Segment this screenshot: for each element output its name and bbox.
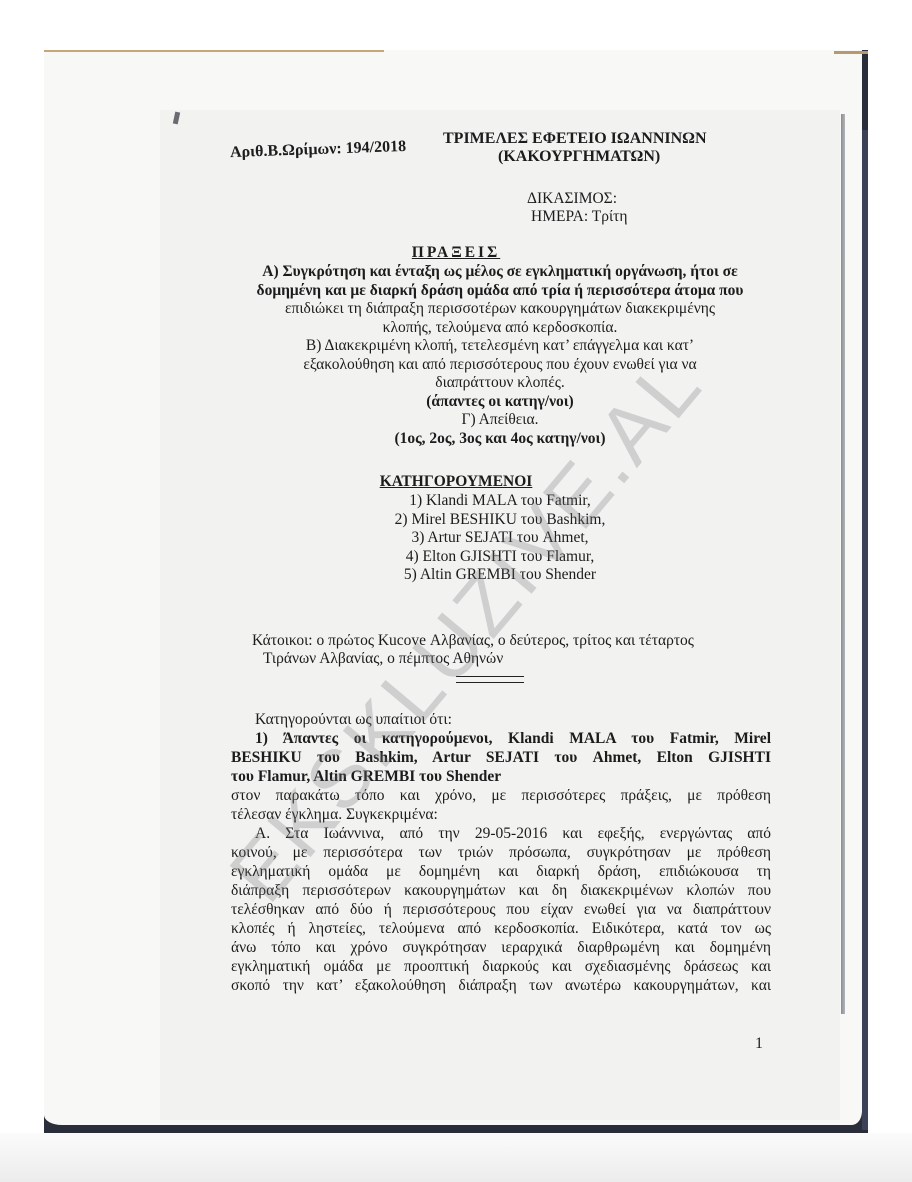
accused-item: 3) Artur SEJATI του Ahmet, — [300, 529, 700, 548]
document-page: Αριθ.Β.Ωρίμων: 194/2018 ΤΡΙΜΕΛΕΣ ΕΦΕΤΕΙΟ… — [0, 0, 912, 1182]
accused-item: 2) Mirel BESHIKU του Bashkim, — [300, 511, 700, 530]
charge-line: τελέσθηκαν από δύο ή περισσότερους που ε… — [231, 900, 771, 919]
accused-item: 1) Klandi MALA του Fatmir, — [300, 492, 700, 511]
court-subtitle: (ΚΑΚΟΥΡΓΗΜΑΤΩΝ) — [498, 148, 660, 166]
double-rule-divider — [456, 676, 524, 683]
charge-line: BESHIKU του Bashkim, Artur SEJATI του Ah… — [231, 748, 771, 767]
charge-line: στον παρακάτω τόπο και χρόνο, με περισσό… — [231, 786, 771, 805]
act-line: κλοπής, τελούμενα από κερδοσκοπία. — [220, 319, 780, 338]
accused-item: 5) Altin GREMBI του Shender — [300, 566, 700, 585]
staple-mark — [173, 112, 180, 125]
charge-line: κοινού, με περισσότερα των τριών πρόσωπα… — [231, 843, 771, 862]
charge-line: εγκληματική ομάδα με προοπτική διαρκούς … — [231, 957, 771, 976]
residence-line-1: Κάτοικοι: ο πρώτος Kucove Αλβανίας, ο δε… — [252, 632, 694, 650]
day-label: ΗΜΕΡΑ: Τρίτη — [531, 208, 627, 226]
accused-item: 4) Elton GJISHTI του Flamur, — [300, 548, 700, 567]
charge-line: Α. Στα Ιωάννινα, από την 29-05-2016 και … — [231, 824, 771, 843]
act-line: Β) Διακεκριμένη κλοπή, τετελεσμένη κατ’ … — [220, 337, 780, 356]
charge-line: κλοπές ή ληστείες, τελούμενα από κερδοσκ… — [231, 919, 771, 938]
charge-line: σκοπό την κατ’ εξακολούθηση διάπραξη των… — [231, 976, 771, 995]
act-line: διαπράττουν κλοπές. — [220, 374, 780, 393]
charge-line: τέλεσαν έγκλημα. Συγκεκριμένα: — [231, 805, 771, 824]
accused-title: ΚΑΤΗΓΟΡΟΥΜΕΝΟΙ — [0, 473, 912, 491]
act-line: Γ) Απείθεια. — [220, 411, 780, 430]
act-line: Α) Συγκρότηση και ένταξη ως μέλος σε εγκ… — [220, 263, 780, 282]
charge-line: εγκληματική ομάδα με δομημένη και διαρκή… — [231, 862, 771, 881]
charges-text: Κατηγορούνται ως υπαίτιοι ότι: 1) Άπαντε… — [231, 710, 771, 995]
court-name: ΤΡΙΜΕΛΕΣ ΕΦΕΤΕΙΟ ΙΩΑΝΝΙΝΩΝ — [443, 130, 707, 148]
residence-line-2: Τιράνων Αλβανίας, ο πέμπτος Αθηνών — [263, 650, 503, 668]
charge-line: του Flamur, Altin GREMBI του Shender — [231, 767, 771, 786]
act-line: (1ος, 2ος, 3ος και 4ος κατηγ/νοι) — [220, 430, 780, 449]
act-line: εξακολούθηση και από περισσότερους που έ… — [220, 356, 780, 375]
page-number: 1 — [755, 1035, 763, 1053]
charge-line: διάπραξη περισσότερων κακουργημάτων και … — [231, 881, 771, 900]
charge-line: 1) Άπαντες οι κατηγορούμενοι, Klandi MAL… — [231, 729, 771, 748]
accused-list: 1) Klandi MALA του Fatmir,2) Mirel BESHI… — [300, 492, 700, 585]
charge-line: άνω τόπο και χρόνο συγκρότησαν ιεραρχικά… — [231, 938, 771, 957]
acts-list: Α) Συγκρότηση και ένταξη ως μέλος σε εγκ… — [220, 263, 780, 448]
session-label: ΔΙΚΑΣΙΜΟΣ: — [527, 190, 617, 208]
case-number: Αριθ.Β.Ωρίμων: 194/2018 — [230, 138, 407, 162]
act-line: επιδιώκει τη διάπραξη περισσοτέρων κακου… — [220, 300, 780, 319]
act-line: δομημένη και με διαρκή δράση ομάδα από τ… — [220, 282, 780, 301]
charges-intro: Κατηγορούνται ως υπαίτιοι ότι: — [231, 710, 771, 729]
acts-title: ΠΡΑΞΕΙΣ — [0, 244, 912, 262]
act-line: (άπαντες οι κατηγ/νοι) — [220, 393, 780, 412]
